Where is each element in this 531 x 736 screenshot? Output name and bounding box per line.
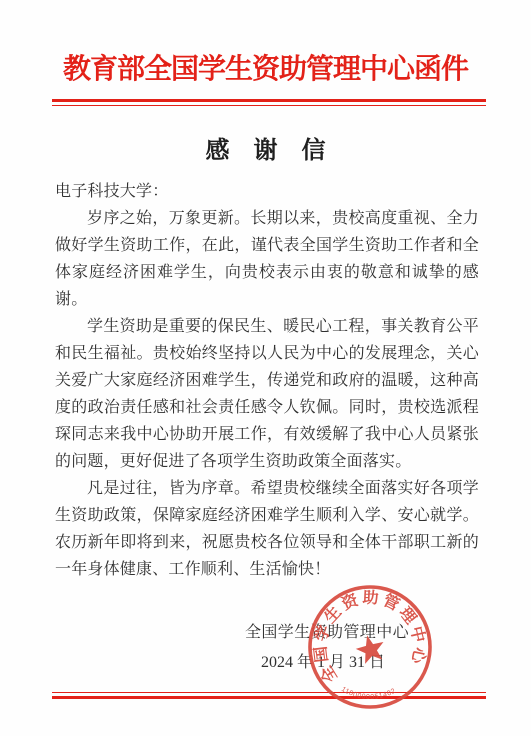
footer-rule-thick — [52, 696, 486, 699]
letter-body: 电子科技大学： 岁序之始，万象更新。长期以来，贵校高度重视、全力做好学生资助工作… — [55, 178, 479, 583]
signature-date: 2024 年 1 月 31 日 — [261, 649, 385, 672]
signature-organization: 全国学生资助管理中心 — [245, 619, 409, 642]
paragraph-2: 学生资助是重要的保民生、暖民心工程，事关教育公平和民生福祉。贵校始终坚持以人民为… — [55, 313, 479, 475]
letter-page: 教育部全国学生资助管理中心函件 感谢信 电子科技大学： 岁序之始，万象更新。长期… — [0, 0, 531, 736]
paragraph-3: 凡是过往，皆为序章。希望贵校继续全面落实好各项学生资助政策，保障家庭经济困难学生… — [55, 475, 479, 583]
paragraph-1: 岁序之始，万象更新。长期以来，贵校高度重视、全力做好学生资助工作，在此，谨代表全… — [55, 205, 479, 313]
letterhead-rule-thin — [52, 105, 486, 106]
letterhead-title: 教育部全国学生资助管理中心函件 — [0, 47, 531, 87]
footer-rule-thin — [52, 692, 486, 693]
letterhead-rule-thick — [52, 99, 486, 102]
salutation: 电子科技大学： — [55, 178, 479, 205]
letter-title: 感谢信 — [0, 130, 531, 165]
official-seal: 全国学生资助管理中心 1100000051402 — [289, 566, 451, 728]
